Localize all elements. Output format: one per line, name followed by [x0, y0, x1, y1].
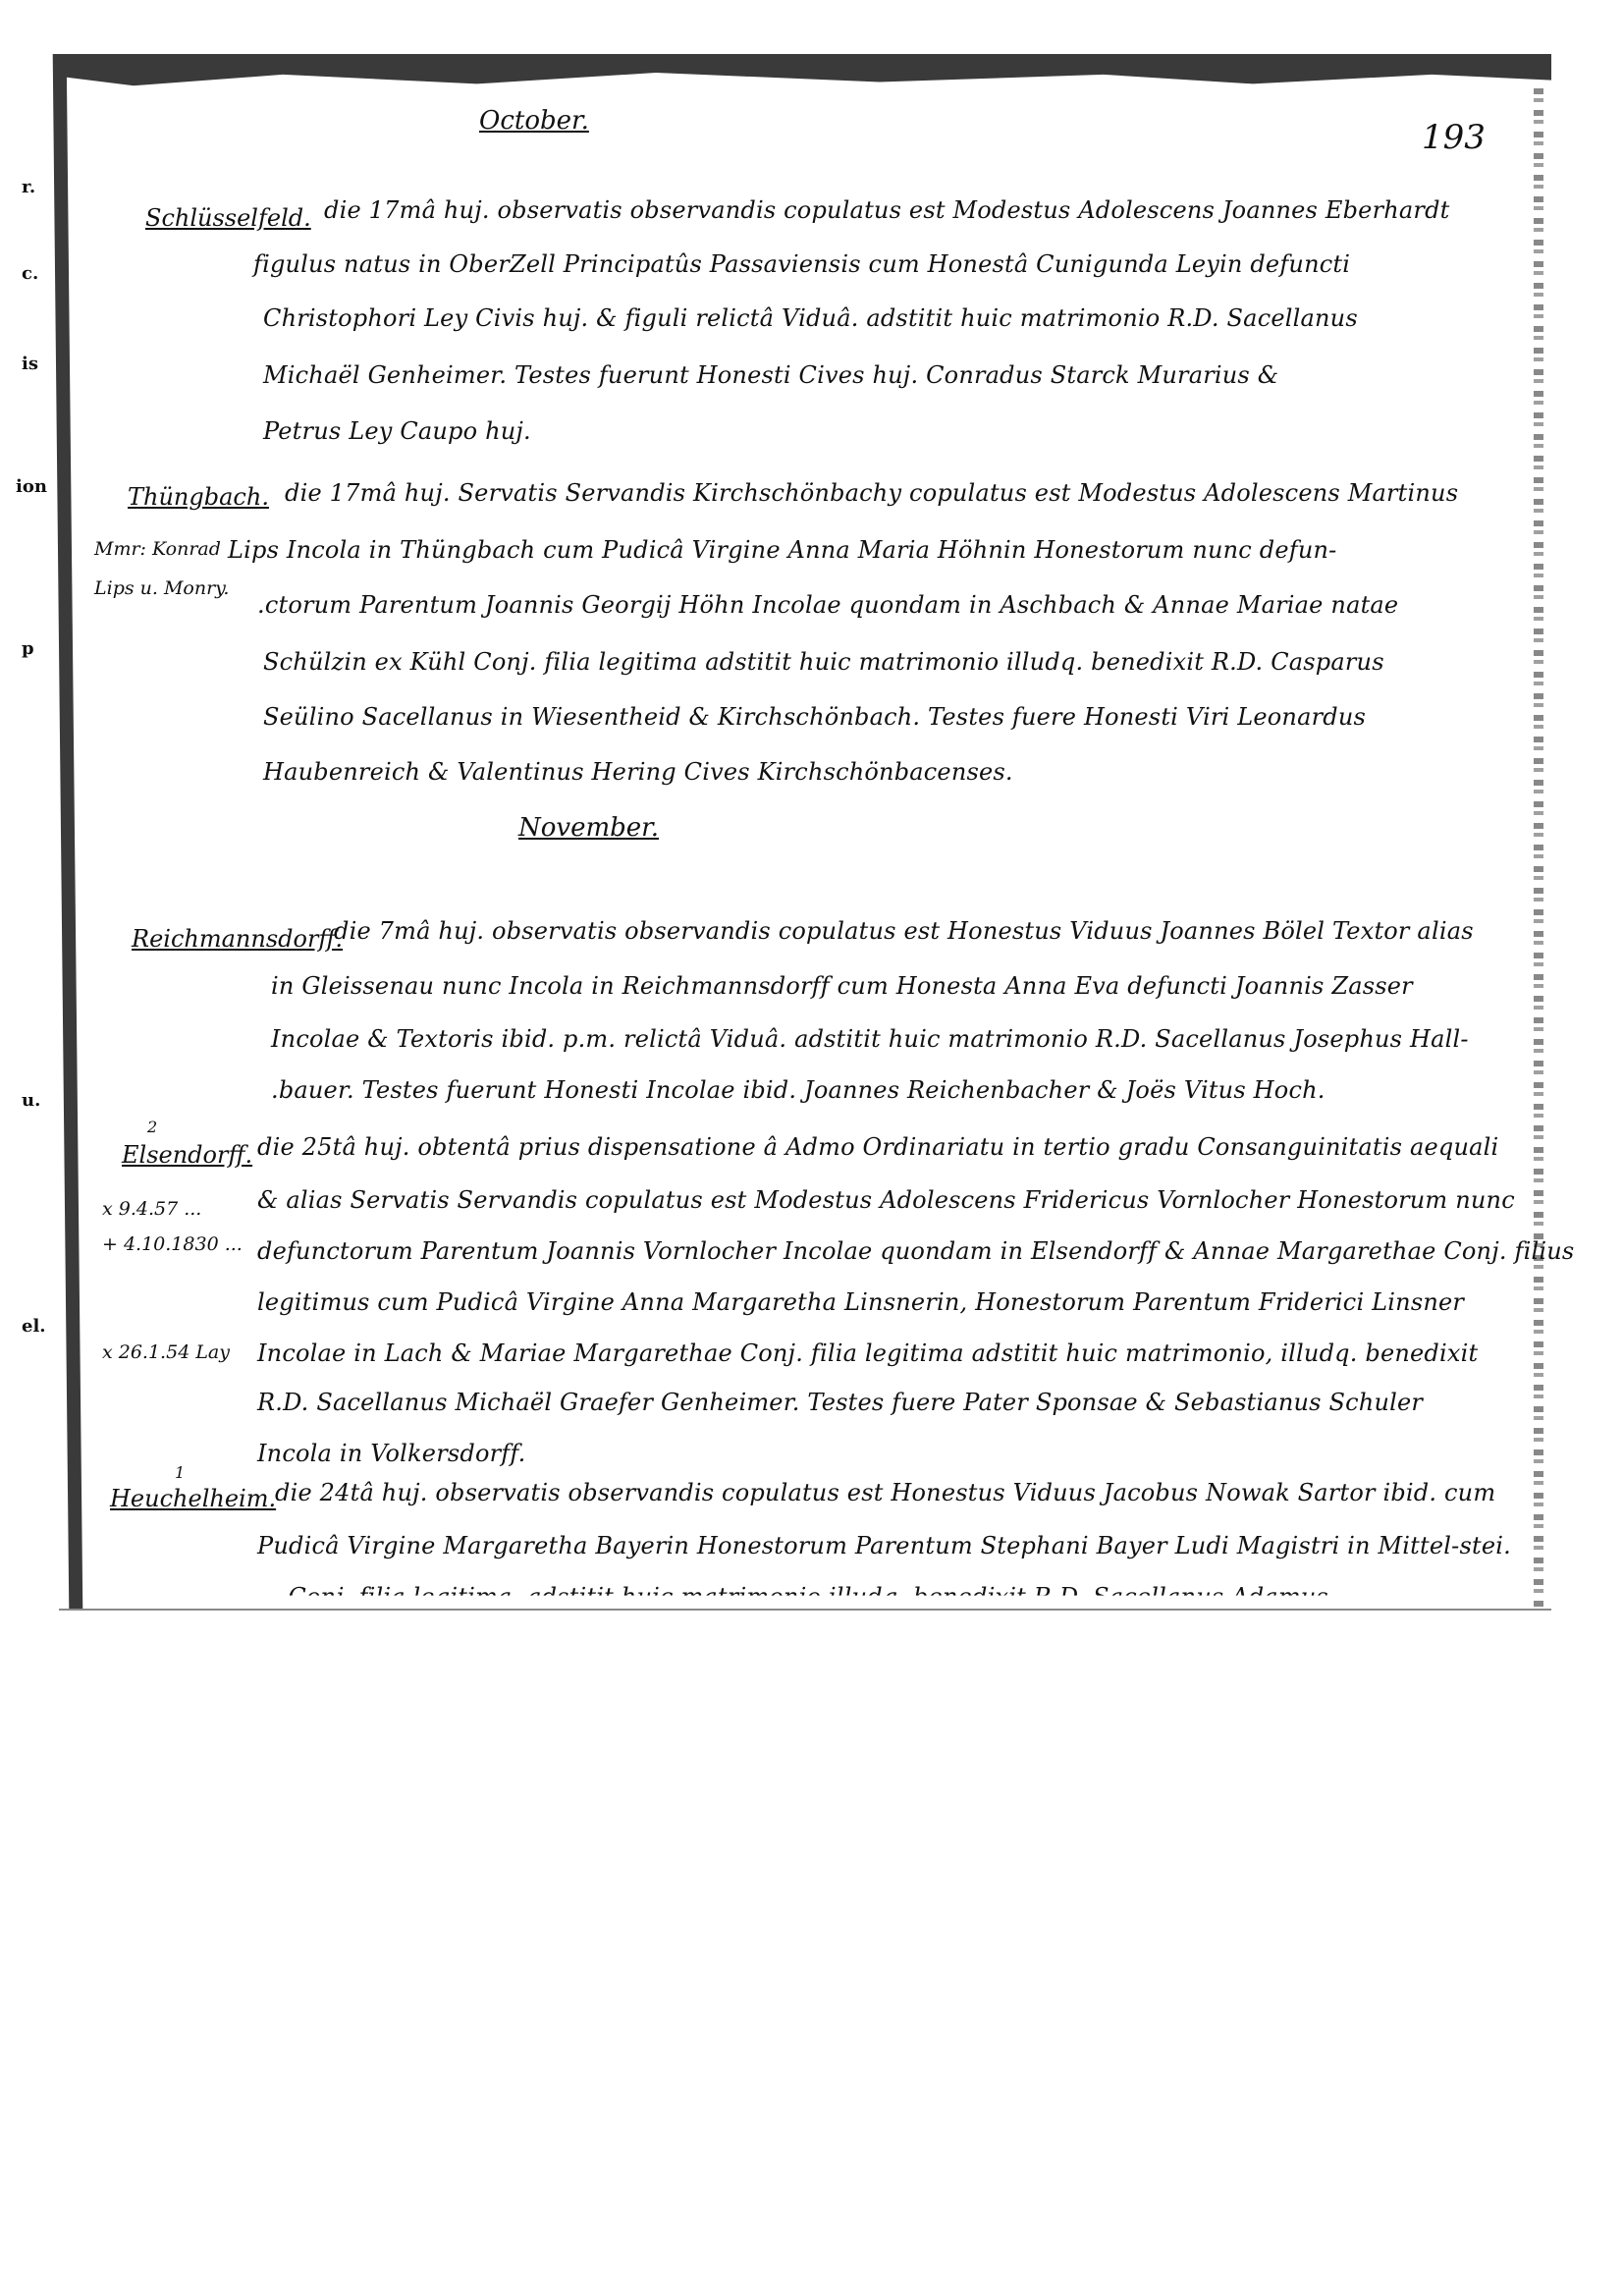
margin-note: Lips u. Monry. [94, 577, 229, 599]
entry-line: Incolae & Textoris ibid. p.m. relictâ Vi… [271, 1025, 1469, 1053]
entry-line: figulus natus in OberZell Principatûs Pa… [253, 250, 1350, 278]
entry-line: .ctorum Parentum Joannis Georgij Höhn In… [257, 591, 1398, 619]
entry-place: Heuchelheim. [110, 1485, 276, 1512]
entry-place: Schlüsselfeld. [145, 204, 311, 232]
entry-line: defunctorum Parentum Joannis Vornlocher … [257, 1237, 1574, 1265]
margin-fragment: ion [16, 476, 47, 497]
entry-line: die 17mâ huj. observatis observandis cop… [324, 196, 1450, 224]
entry-line: Haubenreich & Valentinus Hering Cives Ki… [263, 758, 1013, 786]
margin-fragment: p [22, 638, 34, 659]
month-heading-november: November. [518, 813, 659, 843]
scan-bottom-edge [59, 1609, 1551, 1611]
entry-superscript: 2 [147, 1118, 157, 1136]
entry-place: Reichmannsdorff. [132, 925, 343, 953]
entry-line: die 25tâ huj. obtentâ prius dispensation… [257, 1133, 1498, 1161]
margin-fragment: is [22, 354, 38, 374]
entry-line: Christophori Ley Civis huj. & figuli rel… [263, 304, 1358, 332]
entry-place: Elsendorff. [122, 1141, 252, 1169]
entry-line: Schülzin ex Kühl Conj. filia legitima ad… [263, 648, 1384, 676]
margin-fragment: r. [22, 177, 35, 197]
entry-line: Incola in Volkersdorff. [257, 1440, 525, 1467]
entry-line: Petrus Ley Caupo huj. [263, 417, 531, 445]
margin-fragment: u. [22, 1090, 40, 1111]
scan-right-edge [1534, 88, 1543, 1611]
margin-note: Mmr: Konrad [94, 538, 221, 560]
entry-line: Michaël Genheimer. Testes fuerunt Honest… [263, 361, 1278, 389]
entry-line: Incolae in Lach & Mariae Margarethae Con… [257, 1339, 1478, 1367]
entry-line: Seülino Sacellanus in Wiesentheid & Kirc… [263, 703, 1366, 731]
entry-line: Lips Incola in Thüngbach cum Pudicâ Virg… [228, 536, 1336, 564]
entry-place: Thüngbach. [128, 483, 269, 511]
margin-fragment: el. [22, 1316, 46, 1337]
entry-line: die 7mâ huj. observatis observandis copu… [334, 917, 1474, 945]
entry-superscript: 1 [175, 1463, 185, 1482]
margin-note: x 9.4.57 ... [102, 1198, 201, 1220]
entry-line: .bauer. Testes fuerunt Honesti Incolae i… [271, 1076, 1325, 1104]
margin-fragment: c. [22, 263, 38, 284]
margin-note: x 26.1.54 Lay [102, 1341, 230, 1363]
entry-line: in Gleissenau nunc Incola in Reichmannsd… [271, 972, 1413, 1000]
entry-line: die 17mâ huj. Servatis Servandis Kirchsc… [285, 479, 1458, 507]
entry-line: R.D. Sacellanus Michaël Graefer Genheime… [257, 1389, 1423, 1416]
entry-line: Pudicâ Virgine Margaretha Bayerin Honest… [257, 1532, 1511, 1559]
entry-line: die 24tâ huj. observatis observandis cop… [275, 1479, 1495, 1506]
entry-line: legitimus cum Pudicâ Virgine Anna Margar… [257, 1288, 1464, 1316]
margin-note: + 4.10.1830 ... [102, 1233, 243, 1255]
page-number: 193 [1422, 118, 1486, 157]
scanned-page [59, 54, 1551, 1611]
month-heading-october: October. [479, 106, 589, 136]
entry-line: & alias Servatis Servandis copulatus est… [257, 1186, 1515, 1214]
